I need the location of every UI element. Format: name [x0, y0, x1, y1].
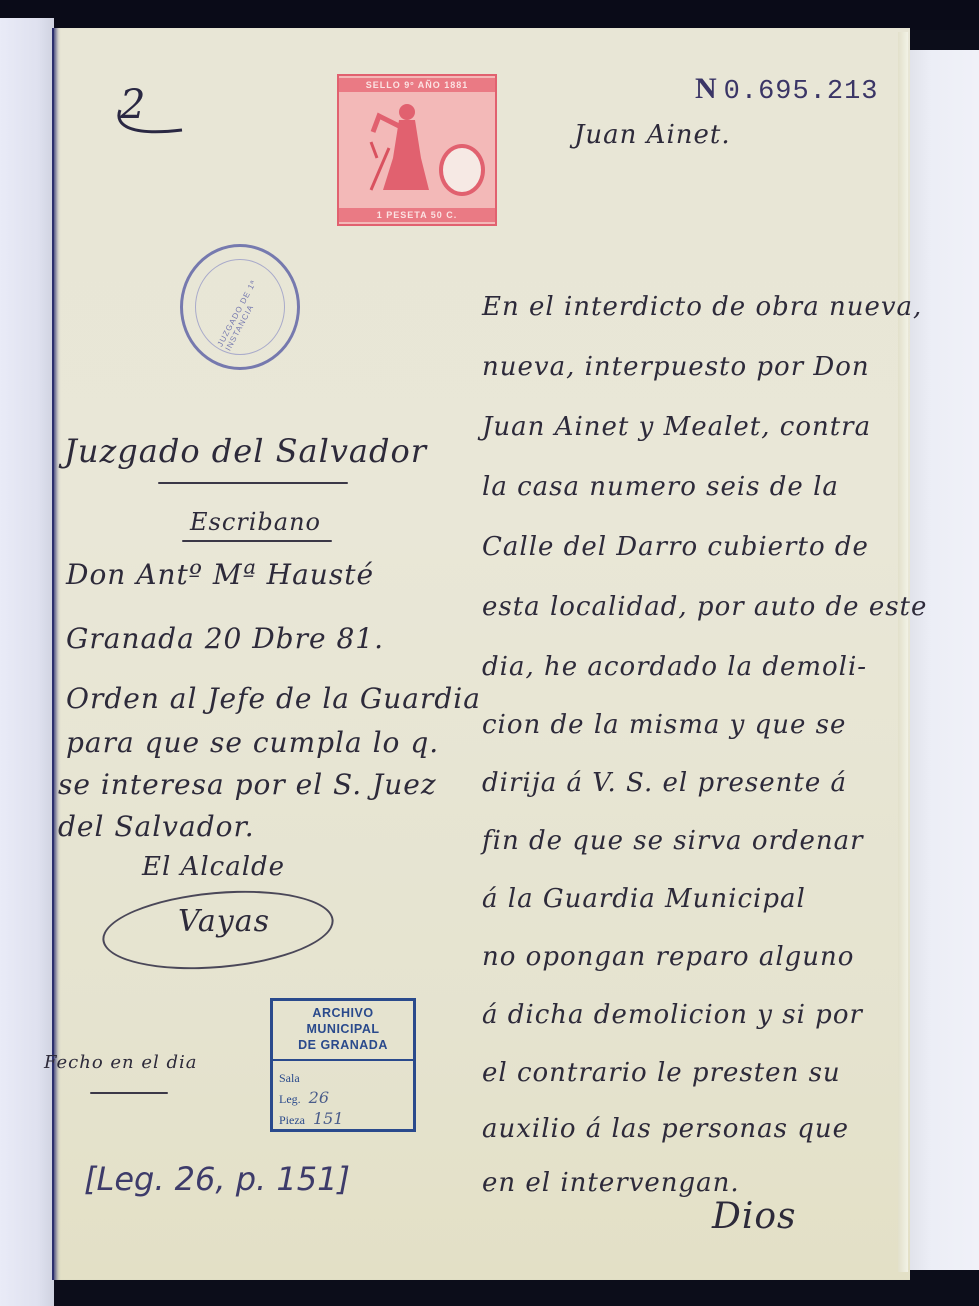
- court-underline: [158, 482, 348, 484]
- reference-note: [Leg. 26, p. 151]: [84, 1160, 350, 1198]
- body-line-8: cion de la misma y que se: [482, 710, 846, 740]
- archive-title-line-1: ARCHIVO: [273, 1005, 413, 1021]
- body-line-4: la casa numero seis de la: [482, 472, 839, 502]
- body-line-11: á la Guardia Municipal: [482, 884, 806, 914]
- tax-stamp-year: SELLO 9º AÑO 1881: [339, 78, 495, 92]
- underlying-page-left: [0, 18, 54, 1306]
- body-line-3: Juan Ainet y Mealet, contra: [482, 412, 871, 442]
- archive-title-line-3: DE GRANADA: [273, 1037, 413, 1053]
- archive-title-line-2: MUNICIPAL: [273, 1021, 413, 1037]
- body-line-10: fin de que se sirva ordenar: [482, 826, 864, 856]
- tax-stamp: SELLO 9º AÑO 1881 1 PESETA 50 C.: [337, 74, 497, 226]
- margin-note-underline: [90, 1092, 168, 1094]
- tax-stamp-value: 1 PESETA 50 C.: [339, 208, 495, 222]
- signature-title: El Alcalde: [142, 852, 285, 882]
- photo-backdrop-top: [0, 0, 979, 30]
- role-label: Escribano: [190, 508, 321, 536]
- court-name: Juzgado del Salvador: [64, 432, 427, 470]
- archive-stamp: ARCHIVO MUNICIPAL DE GRANADA Sala Leg.26…: [270, 998, 416, 1132]
- order-line-4: del Salvador.: [58, 810, 255, 843]
- leg-label: Leg.: [279, 1092, 301, 1106]
- margin-note: Fecho en el dia: [44, 1052, 198, 1073]
- underlying-page-right: [900, 50, 979, 1270]
- closing-word: Dios: [712, 1196, 797, 1237]
- body-line-13: á dicha demolicion y si por: [482, 1000, 863, 1030]
- addressee-header: Juan Ainet.: [574, 120, 731, 150]
- body-line-2: nueva, interpuesto por Don: [482, 352, 870, 382]
- role-underline: [182, 540, 332, 542]
- order-line-2: para que se cumpla lo q.: [66, 726, 439, 759]
- body-line-5: Calle del Darro cubierto de: [482, 532, 869, 562]
- pieza-value: 151: [313, 1109, 344, 1128]
- pieza-field: Pieza151: [279, 1109, 407, 1130]
- leg-value: 26: [309, 1088, 329, 1107]
- serial-number: N0.695.213: [695, 72, 879, 107]
- body-line-12: no opongan reparo alguno: [482, 942, 854, 972]
- archive-stamp-title: ARCHIVO MUNICIPAL DE GRANADA: [273, 1001, 413, 1061]
- date-line: Granada 20 Dbre 81.: [66, 622, 384, 655]
- body-line-1: En el interdicto de obra nueva,: [482, 292, 922, 322]
- archive-stamp-fields: Sala Leg.26 Pieza151: [273, 1061, 413, 1136]
- folio-bracket-icon: [112, 92, 192, 142]
- serial-prefix: N: [695, 72, 718, 105]
- body-line-15: auxilio á las personas que: [482, 1114, 849, 1144]
- stamp-medallion: [439, 144, 485, 196]
- body-line-14: el contrario le presten su: [482, 1058, 841, 1088]
- leg-field: Leg.26: [279, 1088, 407, 1109]
- sala-field: Sala: [279, 1067, 407, 1088]
- order-line-3: se interesa por el S. Juez: [58, 768, 437, 801]
- court-seal: JUZGADO DE 1ª INSTANCIA: [180, 244, 300, 370]
- order-line-1: Orden al Jefe de la Guardia: [66, 682, 481, 715]
- signature-name: Vayas: [178, 904, 270, 939]
- body-line-9: dirija á V. S. el presente á: [482, 768, 847, 798]
- body-line-16: en el intervengan.: [482, 1168, 740, 1198]
- serial-value: 0.695.213: [724, 77, 879, 107]
- page-edge: [898, 32, 908, 1272]
- allegorical-figure-icon: [369, 98, 439, 198]
- sala-label: Sala: [279, 1071, 300, 1085]
- body-line-7: dia, he acordado la demoli-: [482, 652, 867, 682]
- clerk-name: Don Antº Mª Hausté: [66, 558, 374, 591]
- body-line-6: esta localidad, por auto de este: [482, 592, 927, 622]
- pieza-label: Pieza: [279, 1113, 305, 1127]
